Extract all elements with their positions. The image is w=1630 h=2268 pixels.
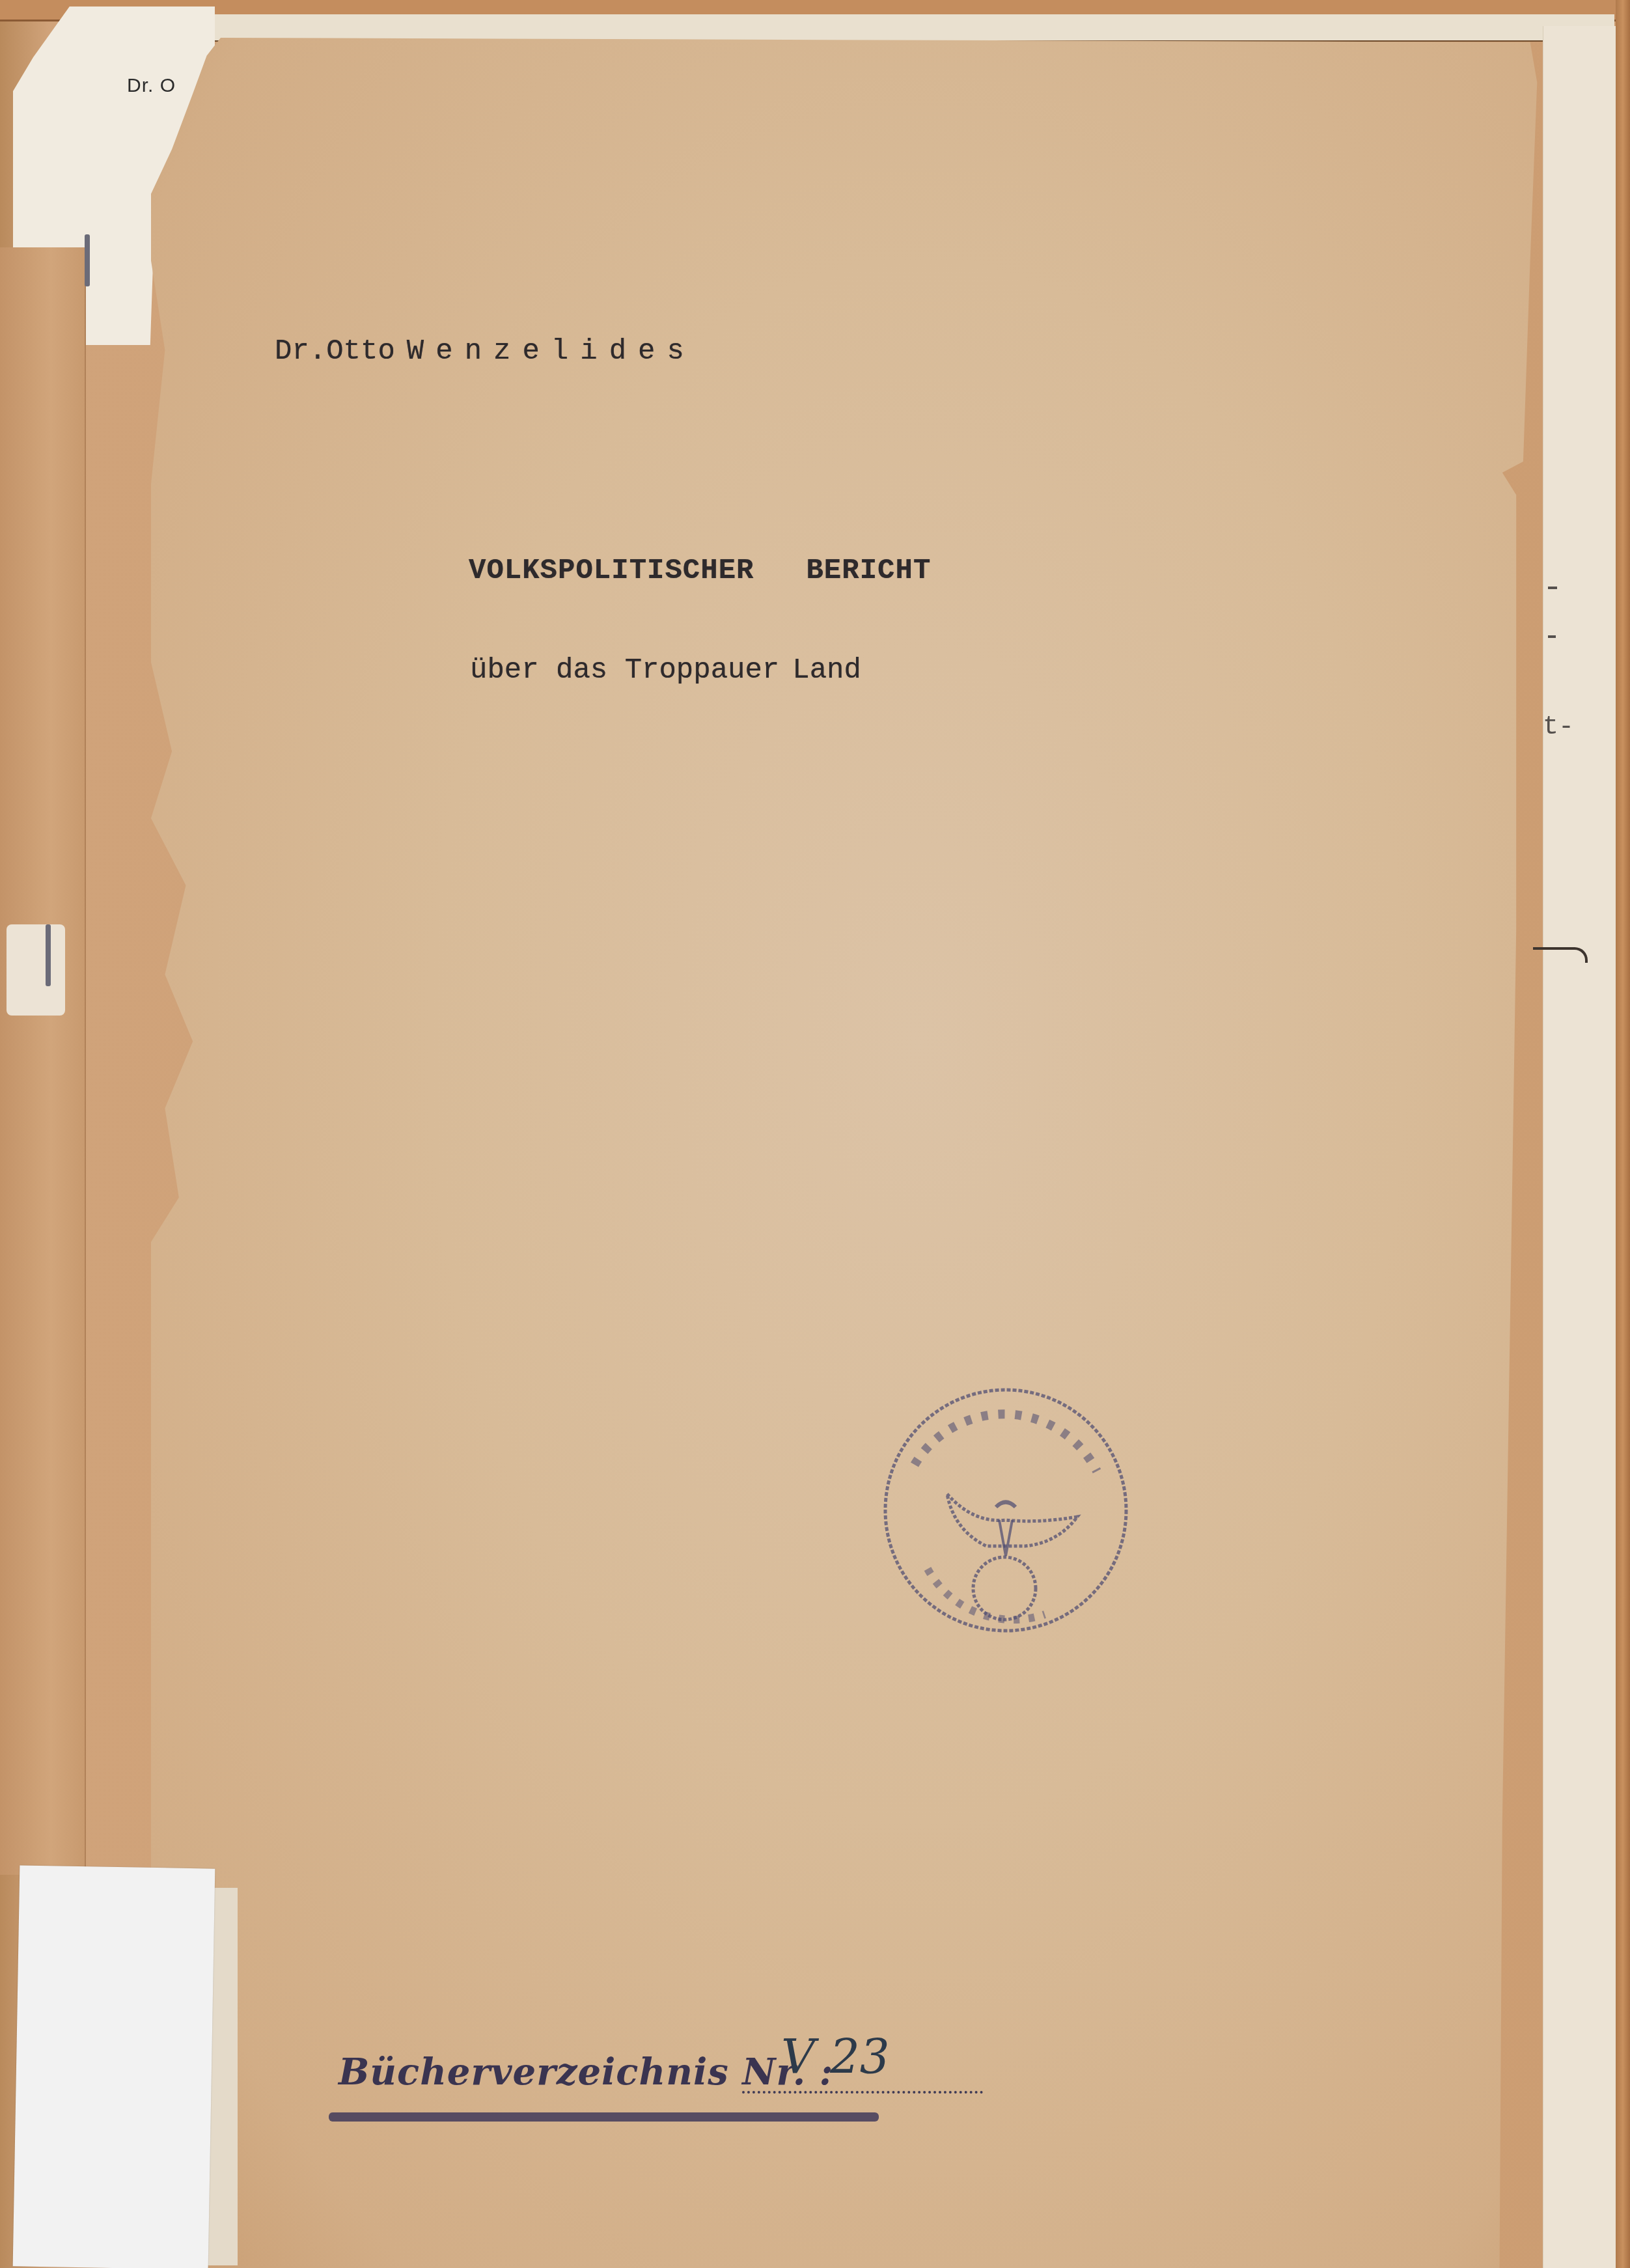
eagle-stamp-icon [876,1380,1136,1640]
title-word-2: BERICHT [806,555,931,587]
margin-mark [1548,635,1556,638]
catalog-number: V 23 [781,2030,890,2084]
under-sheet-right [1543,26,1616,2268]
torn-paper-gap [7,924,65,1016]
author-surname: Wenzelides [407,335,696,368]
blank-white-label [13,1865,215,2268]
catalog-label: Bücherverzeichnis Nr. : [338,2051,833,2094]
folder-right-edge [1616,0,1630,2268]
staple-icon [46,924,51,986]
margin-curl-mark [1533,947,1588,963]
under-sheet-top-edge [195,14,1614,42]
catalog-dotted-line [742,2091,983,2094]
margin-fragment: t- [1543,713,1574,742]
margin-mark [1548,587,1557,589]
author-prefix: Dr.Otto [275,335,395,368]
catalog-underline [329,2112,879,2122]
report-subtitle: über das TroppauerLand [470,654,861,687]
subtitle-part-2: Land [792,654,861,687]
staple-icon [85,234,90,286]
spine-strip [0,247,86,1875]
report-title: VOLKSPOLITISCHERBERICHT [469,555,931,587]
author-name: Dr.OttoWenzelides [275,335,696,368]
letterhead-fragment: Dr. O [127,75,176,97]
subtitle-part-1: über das Troppauer [470,654,779,687]
cover-page [151,38,1544,2268]
title-word-1: VOLKSPOLITISCHER [469,555,754,587]
